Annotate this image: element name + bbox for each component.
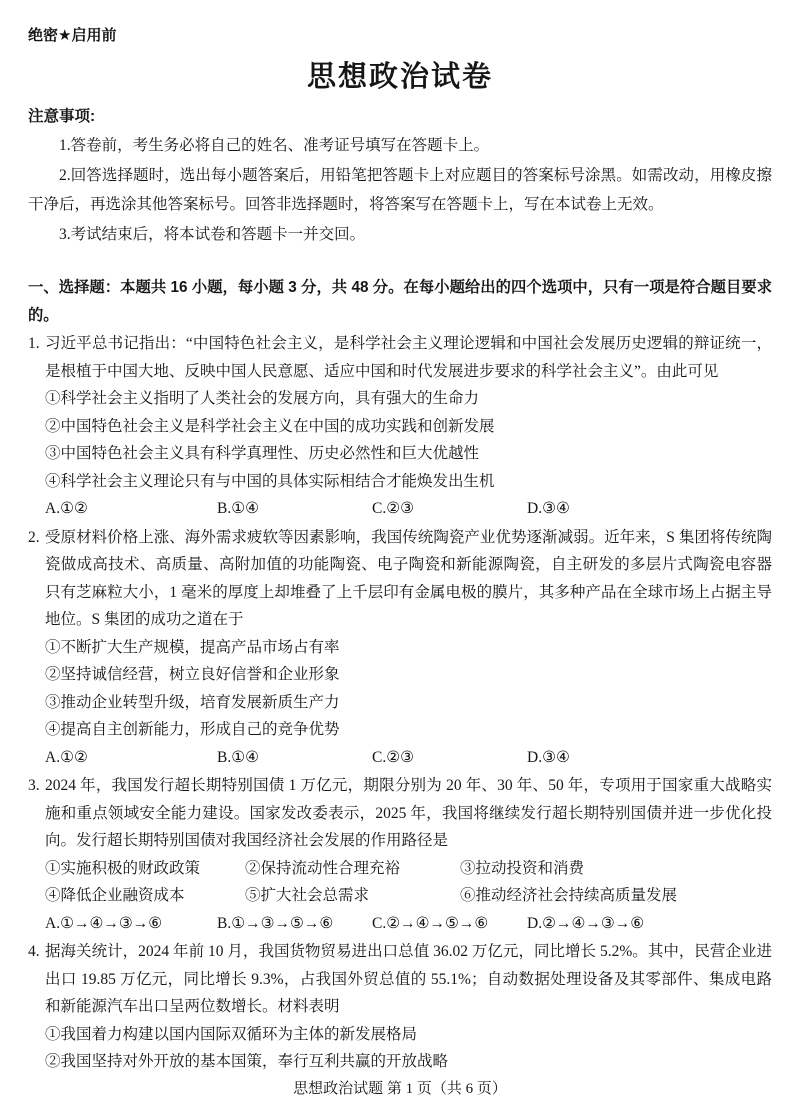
question-1-sub-option-3: ③中国特色社会主义具有科学真理性、历史必然性和巨大优越性 [45,440,772,468]
question-1: 1.习近平总书记指出：“中国特色社会主义，是科学社会主义理论逻辑和中国社会发展历… [28,330,772,523]
question-3-number: 3. [28,772,40,800]
question-2: 2.受原材料价格上涨、海外需求疲软等因素影响，我国传统陶瓷产业优势逐渐减弱。近年… [28,524,772,772]
question-2-number: 2. [28,524,40,552]
question-4-stem: 据海关统计，2024 年前 10 月，我国货物贸易进出口总值 36.02 万亿元… [45,943,772,1015]
question-2-stem: 受原材料价格上涨、海外需求疲软等因素影响，我国传统陶瓷产业优势逐渐减弱。近年来，… [45,529,772,629]
question-1-choice-c: C.②③ [372,495,527,523]
question-1-sub-option-4: ④科学社会主义理论只有与中国的具体实际相结合才能焕发出生机 [45,468,772,496]
question-3-sub-option-2: ②保持流动性合理充裕 [245,855,460,883]
question-3-choice-a: A.①→④→③→⑥ [45,910,217,938]
question-2-choice-row: A.①② B.①④ C.②③ D.③④ [45,744,772,772]
question-4-stem-line: 4.据海关统计，2024 年前 10 月，我国货物贸易进出口总值 36.02 万… [45,938,772,1021]
question-2-choice-b: B.①④ [217,744,372,772]
question-2-choice-c: C.②③ [372,744,527,772]
question-1-choice-b: B.①④ [217,495,372,523]
question-2-choice-a: A.①② [45,744,217,772]
question-1-choice-a: A.①② [45,495,217,523]
question-3-sub-option-4: ④降低企业融资成本 [45,882,245,910]
paper-title: 思想政治试卷 [28,58,772,96]
question-1-choice-row: A.①② B.①④ C.②③ D.③④ [45,495,772,523]
question-1-sub-option-1: ①科学社会主义指明了人类社会的发展方向，具有强大的生命力 [45,385,772,413]
question-2-sub-option-4: ④提高自主创新能力，形成自己的竞争优势 [45,716,772,744]
question-3-choice-b: B.①→③→⑤→⑥ [217,910,372,938]
question-2-sub-option-2: ②坚持诚信经营，树立良好信誉和企业形象 [45,661,772,689]
page-footer: 思想政治试题 第 1 页（共 6 页） [28,1077,772,1100]
notice-item-1: 1.答卷前，考生务必将自己的姓名、准考证号填写在答题卡上。 [28,131,772,161]
notice-item-2: 2.回答选择题时，选出每小题答案后，用铅笔把答题卡上对应题目的答案标号涂黑。如需… [28,161,772,220]
question-3-sub-option-row-1: ①实施积极的财政政策 ②保持流动性合理充裕 ③拉动投资和消费 [45,855,772,883]
question-1-stem-line: 1.习近平总书记指出：“中国特色社会主义，是科学社会主义理论逻辑和中国社会发展历… [45,330,772,385]
question-3-sub-option-row-2: ④降低企业融资成本 ⑤扩大社会总需求 ⑥推动经济社会持续高质量发展 [45,882,772,910]
question-4-number: 4. [28,938,40,966]
question-3: 3.2024 年，我国发行超长期特别国债 1 万亿元，期限分别为 20 年、30… [28,772,772,937]
question-4: 4.据海关统计，2024 年前 10 月，我国货物贸易进出口总值 36.02 万… [28,938,772,1076]
notice-heading: 注意事项: [28,105,772,129]
question-1-number: 1. [28,330,40,358]
question-2-sub-option-3: ③推动企业转型升级，培育发展新质生产力 [45,689,772,717]
question-2-choice-d: D.③④ [527,744,772,772]
question-3-sub-option-5: ⑤扩大社会总需求 [245,882,460,910]
question-3-choice-d: D.②→④→③→⑥ [527,910,772,938]
question-1-stem: 习近平总书记指出：“中国特色社会主义，是科学社会主义理论逻辑和中国社会发展历史逻… [45,335,772,380]
question-1-sub-option-2: ②中国特色社会主义是科学社会主义在中国的成功实践和创新发展 [45,413,772,441]
classification-label: 绝密★启用前 [28,26,772,45]
section-heading: 一、选择题：本题共 16 小题，每小题 3 分，共 48 分。在每小题给出的四个… [28,274,772,329]
question-3-stem-line: 3.2024 年，我国发行超长期特别国债 1 万亿元，期限分别为 20 年、30… [45,772,772,855]
question-2-stem-line: 2.受原材料价格上涨、海外需求疲软等因素影响，我国传统陶瓷产业优势逐渐减弱。近年… [45,524,772,634]
question-3-sub-option-6: ⑥推动经济社会持续高质量发展 [460,882,772,910]
question-3-sub-option-1: ①实施积极的财政政策 [45,855,245,883]
notice-item-3: 3.考试结束后，将本试卷和答题卡一并交回。 [28,220,772,250]
question-4-sub-option-2: ②我国坚持对外开放的基本国策，奉行互利共赢的开放战略 [45,1048,772,1076]
question-3-stem: 2024 年，我国发行超长期特别国债 1 万亿元，期限分别为 20 年、30 年… [45,777,772,849]
question-2-sub-option-1: ①不断扩大生产规模，提高产品市场占有率 [45,634,772,662]
question-4-sub-option-1: ①我国着力构建以国内国际双循环为主体的新发展格局 [45,1021,772,1049]
exam-page: 绝密★启用前 思想政治试卷 注意事项: 1.答卷前，考生务必将自己的姓名、准考证… [0,0,800,1100]
question-3-choice-row: A.①→④→③→⑥ B.①→③→⑤→⑥ C.②→④→⑤→⑥ D.②→④→③→⑥ [45,910,772,938]
question-1-choice-d: D.③④ [527,495,772,523]
question-3-choice-c: C.②→④→⑤→⑥ [372,910,527,938]
question-3-sub-option-3: ③拉动投资和消费 [460,855,772,883]
